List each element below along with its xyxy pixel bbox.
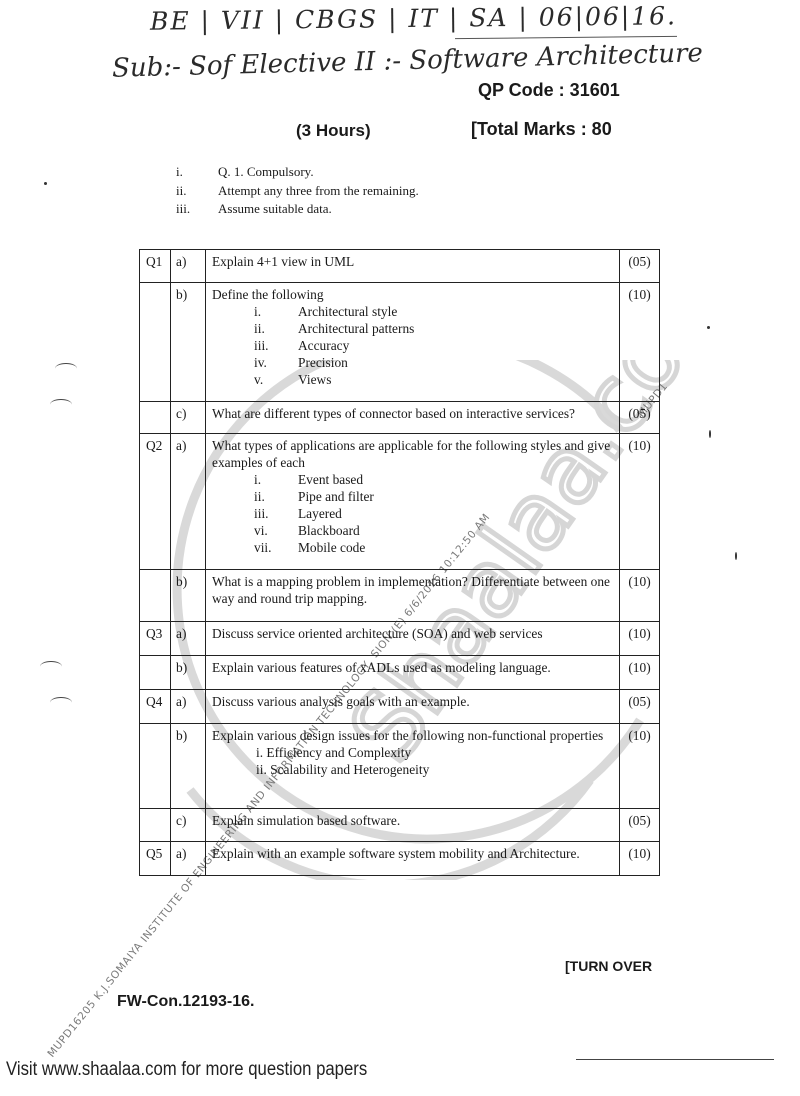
question-row: b)Explain various design issues for the … <box>140 724 660 809</box>
question-sub-item: iii.Layered <box>254 505 614 522</box>
question-number <box>140 809 171 842</box>
question-marks: (05) <box>620 809 660 842</box>
form-code: FW-Con.12193-16. <box>117 993 255 1011</box>
question-number: Q4 <box>140 690 171 724</box>
sub-item-text: Views <box>298 371 331 388</box>
sub-item-number: iv. <box>254 354 298 371</box>
question-marks: (10) <box>620 842 660 876</box>
question-text-cell: Explain various features of xADLs used a… <box>206 656 620 690</box>
sub-item-number: iii. <box>254 505 298 522</box>
question-sub-item: i.Event based <box>254 471 614 488</box>
question-marks: (10) <box>620 656 660 690</box>
question-text: What types of applications are applicabl… <box>212 437 614 471</box>
question-number: Q5 <box>140 842 171 876</box>
question-text: Explain simulation based software. <box>212 812 614 829</box>
question-marks: (10) <box>620 724 660 809</box>
scan-speck <box>707 326 710 329</box>
question-sub-item: ii.Architectural patterns <box>254 320 614 337</box>
question-sub-item: vii.Mobile code <box>254 539 614 556</box>
question-text: Discuss various analysis goals with an e… <box>212 693 614 710</box>
question-text: What is a mapping problem in implementat… <box>212 573 614 607</box>
question-sub-items: i.Architectural styleii.Architectural pa… <box>212 303 614 388</box>
handwritten-course-line: BE | VII | CBGS | IT | SA | 06|06|16. <box>150 1 677 36</box>
question-text-cell: What are different types of connector ba… <box>206 402 620 434</box>
sub-item-text: Precision <box>298 354 348 371</box>
question-text: Explain 4+1 view in UML <box>212 253 614 270</box>
question-row: Q5a)Explain with an example software sys… <box>140 842 660 876</box>
instruction-number: ii. <box>176 182 218 201</box>
sub-item-number: vi. <box>254 522 298 539</box>
sub-item-text: Architectural style <box>298 303 397 320</box>
question-text: What are different types of connector ba… <box>212 405 614 422</box>
question-row: b)Explain various features of xADLs used… <box>140 656 660 690</box>
question-sub-item: i.Architectural style <box>254 303 614 320</box>
margin-mark <box>50 697 72 708</box>
sub-item-text: Mobile code <box>298 539 365 556</box>
handwritten-date-underline <box>455 36 677 39</box>
sub-item-number: i. <box>254 471 298 488</box>
instruction-number: i. <box>176 163 218 182</box>
question-row: b)Define the followingi.Architectural st… <box>140 283 660 402</box>
sub-question-label: a) <box>171 434 206 570</box>
sub-item-number: ii. <box>254 488 298 505</box>
sub-item-text: Blackboard <box>298 522 360 539</box>
question-text-cell: Discuss various analysis goals with an e… <box>206 690 620 724</box>
instructions-list: i.Q. 1. Compulsory.ii.Attempt any three … <box>176 163 419 219</box>
sub-question-label: b) <box>171 724 206 809</box>
sub-question-label: b) <box>171 656 206 690</box>
question-sub-item: ii.Pipe and filter <box>254 488 614 505</box>
question-row: c)Explain simulation based software.(05) <box>140 809 660 842</box>
question-text: Define the following <box>212 286 614 303</box>
scan-speck <box>44 182 47 185</box>
question-number: Q1 <box>140 250 171 283</box>
question-text: Discuss service oriented architecture (S… <box>212 625 614 642</box>
scan-speck <box>735 552 737 560</box>
sub-item-number: v. <box>254 371 298 388</box>
question-number <box>140 402 171 434</box>
sub-item-text: Pipe and filter <box>298 488 374 505</box>
question-number <box>140 656 171 690</box>
question-text-cell: Explain simulation based software. <box>206 809 620 842</box>
question-sub-item: vi.Blackboard <box>254 522 614 539</box>
sub-item-text: Event based <box>298 471 363 488</box>
question-text-cell: What types of applications are applicabl… <box>206 434 620 570</box>
handwritten-subject-line: Sub:- Sof Elective II :- Software Archit… <box>112 38 704 83</box>
instruction-text: Assume suitable data. <box>218 200 332 219</box>
question-number <box>140 570 171 622</box>
question-number: Q2 <box>140 434 171 570</box>
sub-question-label: a) <box>171 622 206 656</box>
visit-shaalaa-link[interactable]: Visit www.shaalaa.com for more question … <box>6 1059 367 1081</box>
sub-question-label: a) <box>171 842 206 876</box>
sub-item-text: Layered <box>298 505 342 522</box>
sub-question-label: b) <box>171 283 206 402</box>
question-sub-item: iv.Precision <box>254 354 614 371</box>
margin-mark <box>50 399 72 410</box>
question-text-cell: Explain 4+1 view in UML <box>206 250 620 283</box>
question-row: Q3a)Discuss service oriented architectur… <box>140 622 660 656</box>
margin-mark <box>40 661 62 672</box>
instruction-text: Attempt any three from the remaining. <box>218 182 419 201</box>
question-row: c)What are different types of connector … <box>140 402 660 434</box>
question-marks: (10) <box>620 434 660 570</box>
question-sub-item: i. Efficiency and Complexity <box>256 744 614 761</box>
question-marks: (05) <box>620 250 660 283</box>
qp-code: QP Code : 31601 <box>478 80 620 101</box>
question-marks: (10) <box>620 283 660 402</box>
question-row: Q2a)What types of applications are appli… <box>140 434 660 570</box>
instruction-item: iii.Assume suitable data. <box>176 200 419 219</box>
instruction-item: ii.Attempt any three from the remaining. <box>176 182 419 201</box>
questions-table: Q1a)Explain 4+1 view in UML(05)b)Define … <box>139 249 660 876</box>
question-number <box>140 724 171 809</box>
sub-question-label: c) <box>171 402 206 434</box>
question-number <box>140 283 171 402</box>
margin-mark <box>55 363 77 374</box>
total-marks: [Total Marks : 80 <box>471 119 612 140</box>
scan-speck <box>709 430 711 438</box>
sub-item-text: Accuracy <box>298 337 349 354</box>
question-sub-items: i. Efficiency and Complexityii. Scalabil… <box>212 744 614 778</box>
sub-item-number: iii. <box>254 337 298 354</box>
sub-question-label: a) <box>171 250 206 283</box>
question-sub-item: ii. Scalability and Heterogeneity <box>256 761 614 778</box>
question-number: Q3 <box>140 622 171 656</box>
sub-question-label: c) <box>171 809 206 842</box>
sub-item-text: Architectural patterns <box>298 320 414 337</box>
question-row: Q1a)Explain 4+1 view in UML(05) <box>140 250 660 283</box>
question-text-cell: Discuss service oriented architecture (S… <box>206 622 620 656</box>
exam-duration: (3 Hours) <box>296 121 371 141</box>
question-text: Explain various features of xADLs used a… <box>212 659 614 676</box>
question-marks: (10) <box>620 622 660 656</box>
sub-question-label: a) <box>171 690 206 724</box>
instruction-text: Q. 1. Compulsory. <box>218 163 314 182</box>
sub-item-number: ii. <box>254 320 298 337</box>
question-marks: (05) <box>620 402 660 434</box>
question-sub-item: v.Views <box>254 371 614 388</box>
sub-item-number: i. <box>254 303 298 320</box>
question-text-cell: What is a mapping problem in implementat… <box>206 570 620 622</box>
instruction-item: i.Q. 1. Compulsory. <box>176 163 419 182</box>
question-text-cell: Explain with an example software system … <box>206 842 620 876</box>
turn-over-label: [TURN OVER <box>565 958 652 974</box>
instruction-number: iii. <box>176 200 218 219</box>
question-sub-items: i.Event basedii.Pipe and filteriii.Layer… <box>212 471 614 556</box>
sub-question-label: b) <box>171 570 206 622</box>
question-row: b)What is a mapping problem in implement… <box>140 570 660 622</box>
question-text: Explain various design issues for the fo… <box>212 727 614 744</box>
sub-item-number: vii. <box>254 539 298 556</box>
question-row: Q4a)Discuss various analysis goals with … <box>140 690 660 724</box>
question-text: Explain with an example software system … <box>212 845 614 862</box>
question-text-cell: Define the followingi.Architectural styl… <box>206 283 620 402</box>
question-sub-item: iii.Accuracy <box>254 337 614 354</box>
signature-line <box>576 1059 774 1060</box>
question-marks: (05) <box>620 690 660 724</box>
question-text-cell: Explain various design issues for the fo… <box>206 724 620 809</box>
question-marks: (10) <box>620 570 660 622</box>
